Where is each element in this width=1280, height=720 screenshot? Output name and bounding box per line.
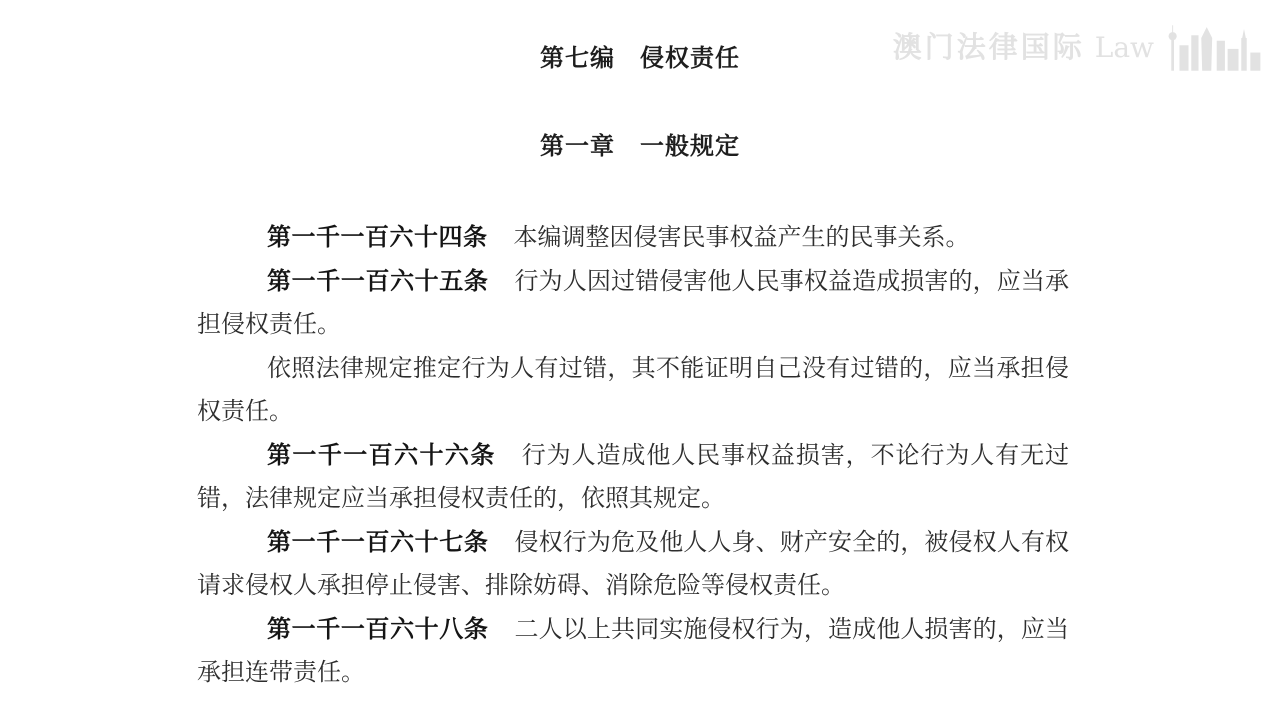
article-number: 第一千一百六十四条 bbox=[267, 224, 488, 251]
article-paragraph: 第一千一百六十六条行为人造成他人民事权益损害，不论行为人有无过错，法律规定应当承… bbox=[197, 434, 1069, 521]
article-text: 依照法律规定推定行为人有过错，其不能证明自己没有过错的，应当承担侵权责任。 bbox=[197, 354, 1069, 426]
article-text: 本编调整因侵害民事权益产生的民事关系。 bbox=[514, 223, 970, 251]
article-paragraph: 第一千一百六十七条侵权行为危及他人人身、财产安全的，被侵权人有权请求侵权人承担停… bbox=[197, 521, 1069, 608]
article-body: 第一千一百六十四条本编调整因侵害民事权益产生的民事关系。 第一千一百六十五条行为… bbox=[197, 216, 1069, 695]
article-paragraph: 第一千一百六十五条行为人因过错侵害他人民事权益造成损害的，应当承担侵权责任。 bbox=[197, 260, 1069, 347]
article-number: 第一千一百六十六条 bbox=[267, 442, 496, 469]
article-paragraph: 第一千一百六十四条本编调整因侵害民事权益产生的民事关系。 bbox=[197, 216, 1069, 260]
document-page: { "page": { "part_title": "第七编 侵权责任", "c… bbox=[0, 0, 1280, 720]
article-paragraph: 第一千一百六十八条二人以上共同实施侵权行为，造成他人损害的，应当承担连带责任。 bbox=[197, 608, 1069, 695]
article-number: 第一千一百六十八条 bbox=[267, 616, 489, 643]
article-paragraph: 依照法律规定推定行为人有过错，其不能证明自己没有过错的，应当承担侵权责任。 bbox=[197, 347, 1069, 434]
article-number: 第一千一百六十七条 bbox=[267, 529, 489, 556]
article-number: 第一千一百六十五条 bbox=[267, 268, 489, 295]
part-heading: 第七编 侵权责任 bbox=[0, 42, 1280, 76]
chapter-heading: 第一章 一般规定 bbox=[0, 130, 1280, 164]
